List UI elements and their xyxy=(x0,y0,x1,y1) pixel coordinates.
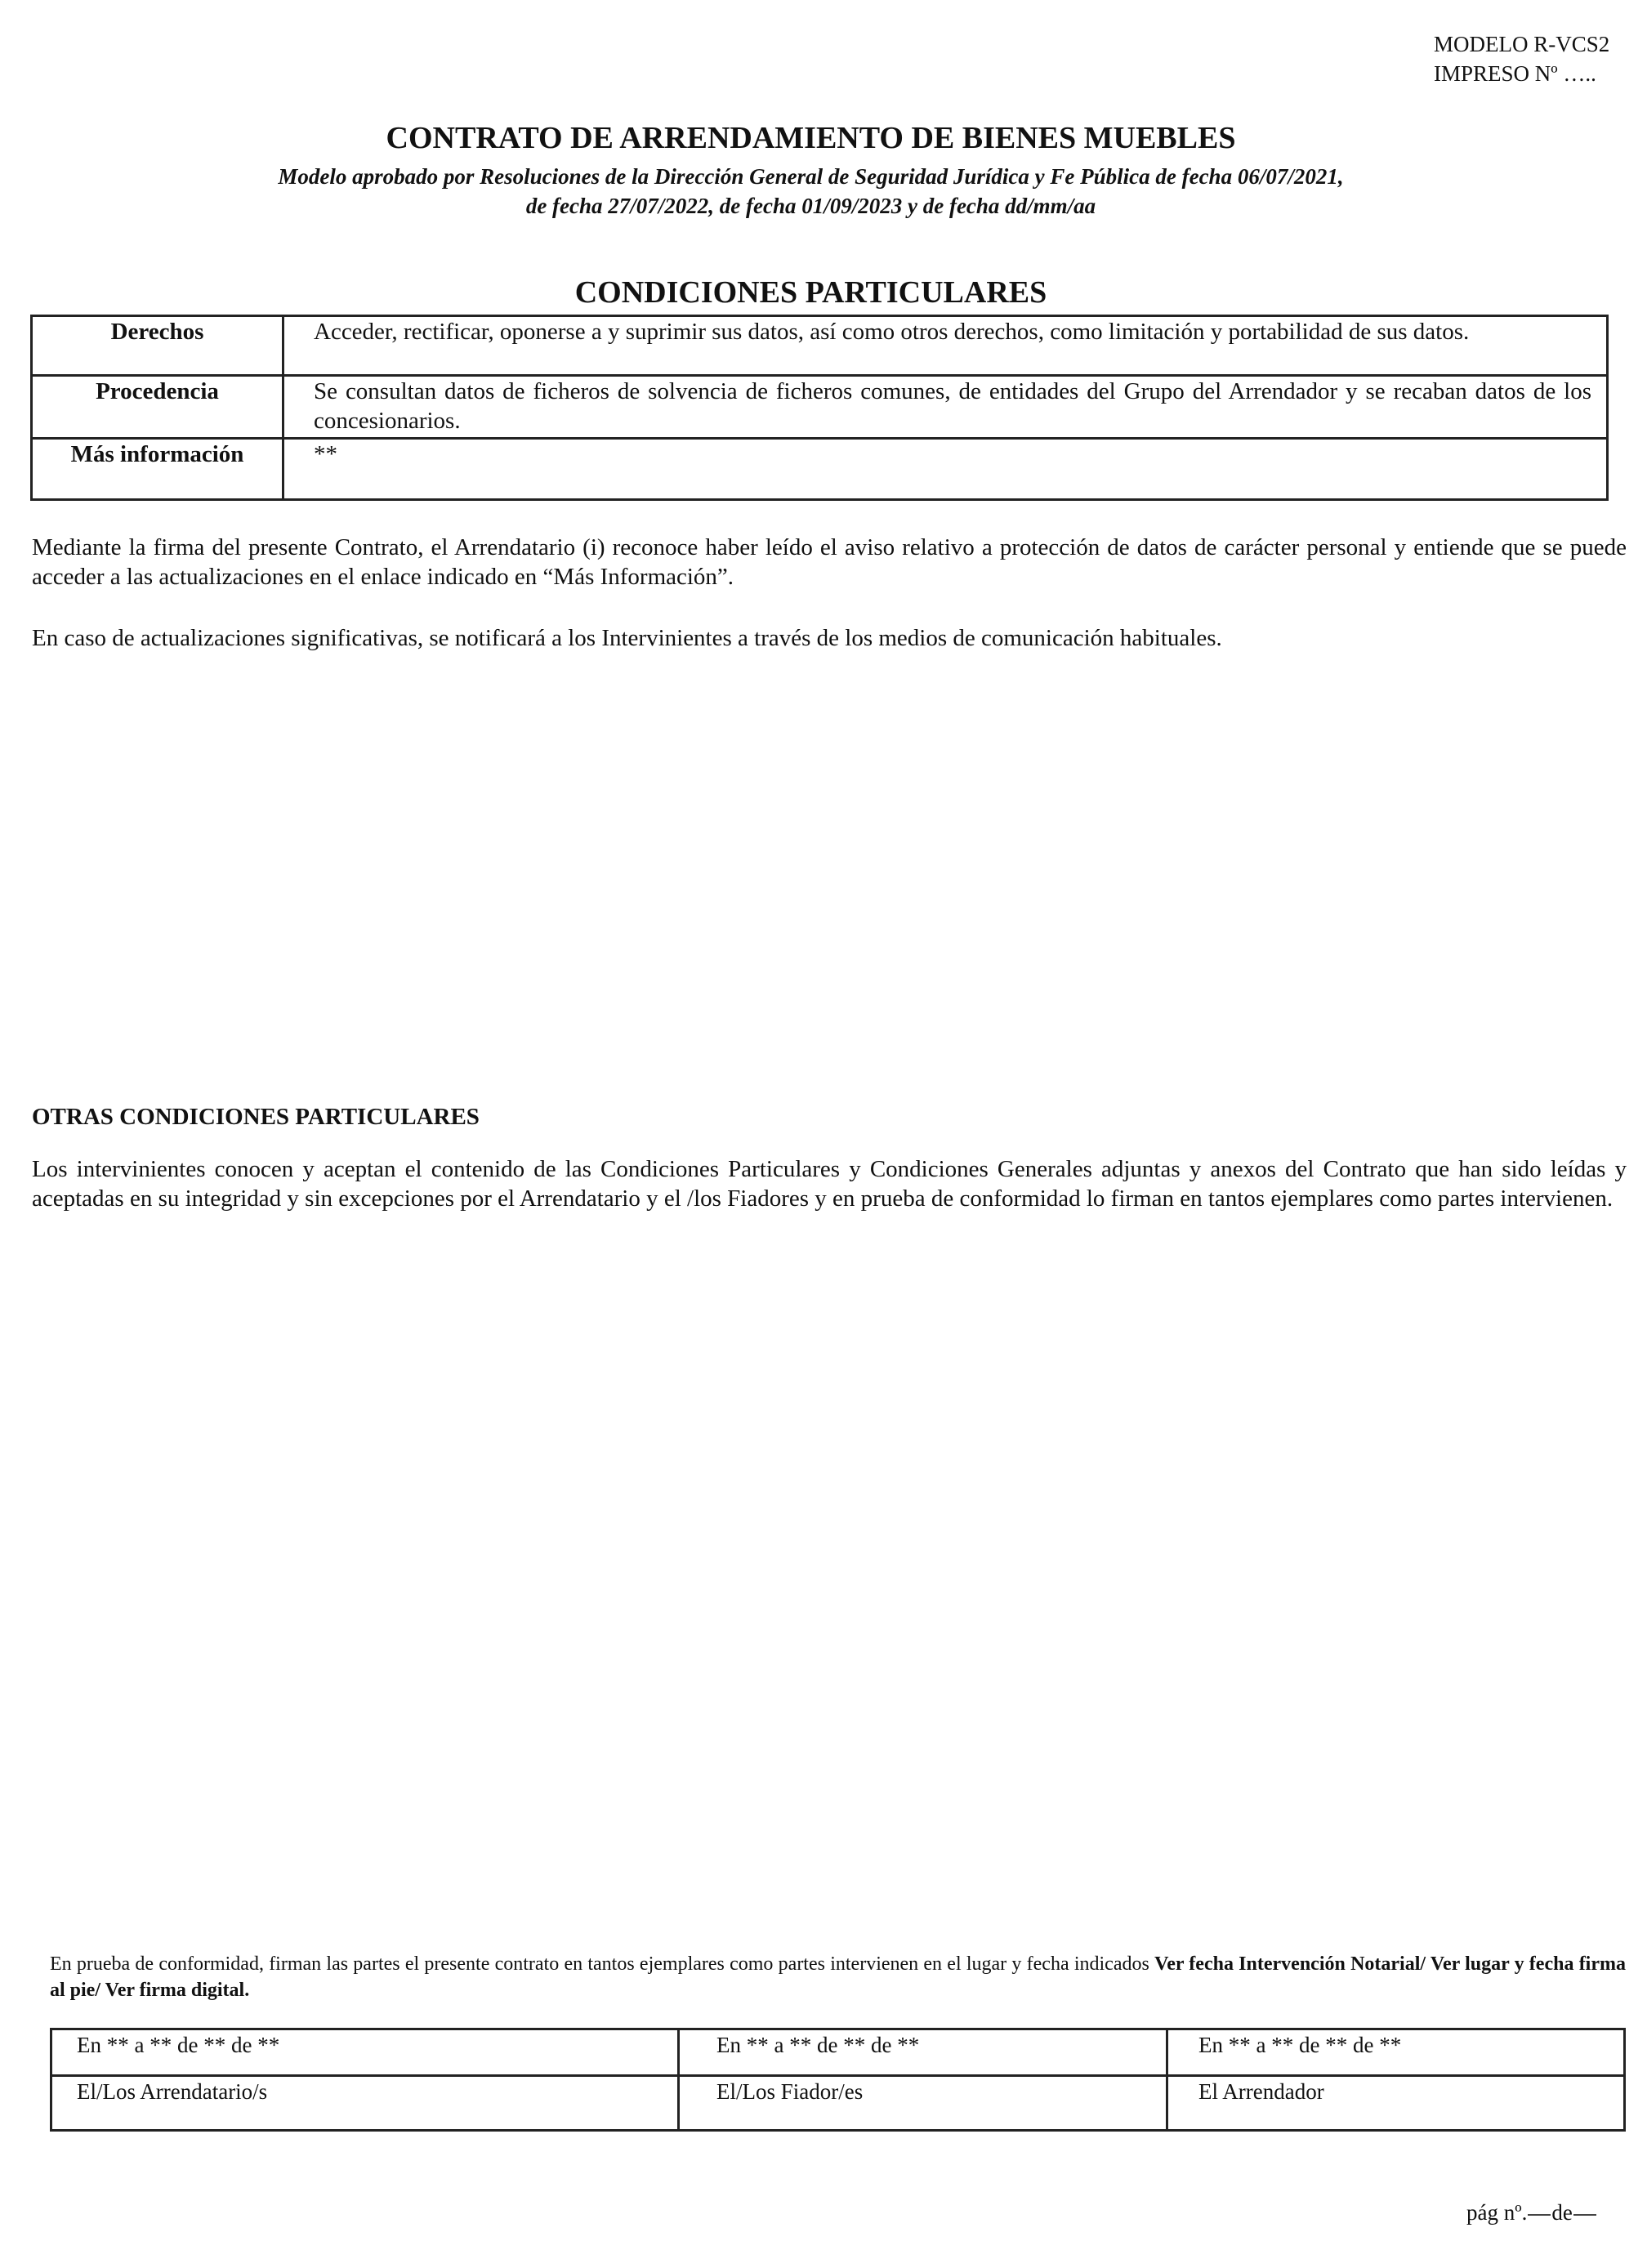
table-row: Procedencia Se consultan datos de ficher… xyxy=(32,376,1608,439)
row-value-more-info: ** xyxy=(283,439,1608,500)
signature-lessee: El/Los Arrendatario/s xyxy=(51,2076,679,2131)
data-protection-table: Derechos Acceder, rectificar, oponerse a… xyxy=(30,315,1609,501)
page-total-blank xyxy=(1573,2214,1596,2216)
print-number: IMPRESO Nº ….. xyxy=(1434,59,1609,88)
model-header: MODELO R-VCS2 IMPRESO Nº ….. xyxy=(1434,29,1609,88)
table-row: Derechos Acceder, rectificar, oponerse a… xyxy=(32,316,1608,376)
page-of-label: de xyxy=(1551,2200,1572,2225)
document-title: CONTRATO DE ARRENDAMIENTO DE BIENES MUEB… xyxy=(0,119,1622,157)
table-row: Más información ** xyxy=(32,439,1608,500)
signature-guarantor: El/Los Fiador/es xyxy=(679,2076,1167,2131)
place-date-guarantor: En ** a ** de ** de ** xyxy=(679,2029,1167,2076)
page-label: pág nº. xyxy=(1466,2200,1527,2225)
table-row: El/Los Arrendatario/s El/Los Fiador/es E… xyxy=(51,2076,1625,2131)
section-title-particular-conditions: CONDICIONES PARTICULARES xyxy=(0,273,1622,312)
document-subtitle: Modelo aprobado por Resoluciones de la D… xyxy=(0,162,1622,221)
other-conditions-paragraph: Los intervinientes conocen y aceptan el … xyxy=(32,1154,1627,1213)
page-number: pág nº.de xyxy=(1466,2198,1597,2227)
updates-notice-paragraph: En caso de actualizaciones significativa… xyxy=(32,623,1627,653)
other-conditions-title: OTRAS CONDICIONES PARTICULARES xyxy=(32,1102,480,1132)
row-value-origin: Se consultan datos de ficheros de solven… xyxy=(283,376,1608,439)
row-value-rights: Acceder, rectificar, oponerse a y suprim… xyxy=(283,316,1608,376)
row-label-more-info: Más información xyxy=(32,439,283,500)
subtitle-line-2: de fecha 27/07/2022, de fecha 01/09/2023… xyxy=(0,191,1622,221)
place-date-lessor: En ** a ** de ** de ** xyxy=(1167,2029,1625,2076)
signature-intro-text: En prueba de conformidad, firman las par… xyxy=(50,1953,1154,1975)
signature-intro: En prueba de conformidad, firman las par… xyxy=(50,1951,1626,2003)
subtitle-line-1: Modelo aprobado por Resoluciones de la D… xyxy=(0,162,1622,191)
table-row: En ** a ** de ** de ** En ** a ** de ** … xyxy=(51,2029,1625,2076)
place-date-lessee: En ** a ** de ** de ** xyxy=(51,2029,679,2076)
model-code: MODELO R-VCS2 xyxy=(1434,29,1609,59)
acknowledgement-paragraph: Mediante la firma del presente Contrato,… xyxy=(32,533,1627,592)
page-number-blank xyxy=(1528,2214,1551,2216)
signature-table: En ** a ** de ** de ** En ** a ** de ** … xyxy=(50,2028,1626,2132)
row-label-rights: Derechos xyxy=(32,316,283,376)
signature-lessor: El Arrendador xyxy=(1167,2076,1625,2131)
row-label-origin: Procedencia xyxy=(32,376,283,439)
